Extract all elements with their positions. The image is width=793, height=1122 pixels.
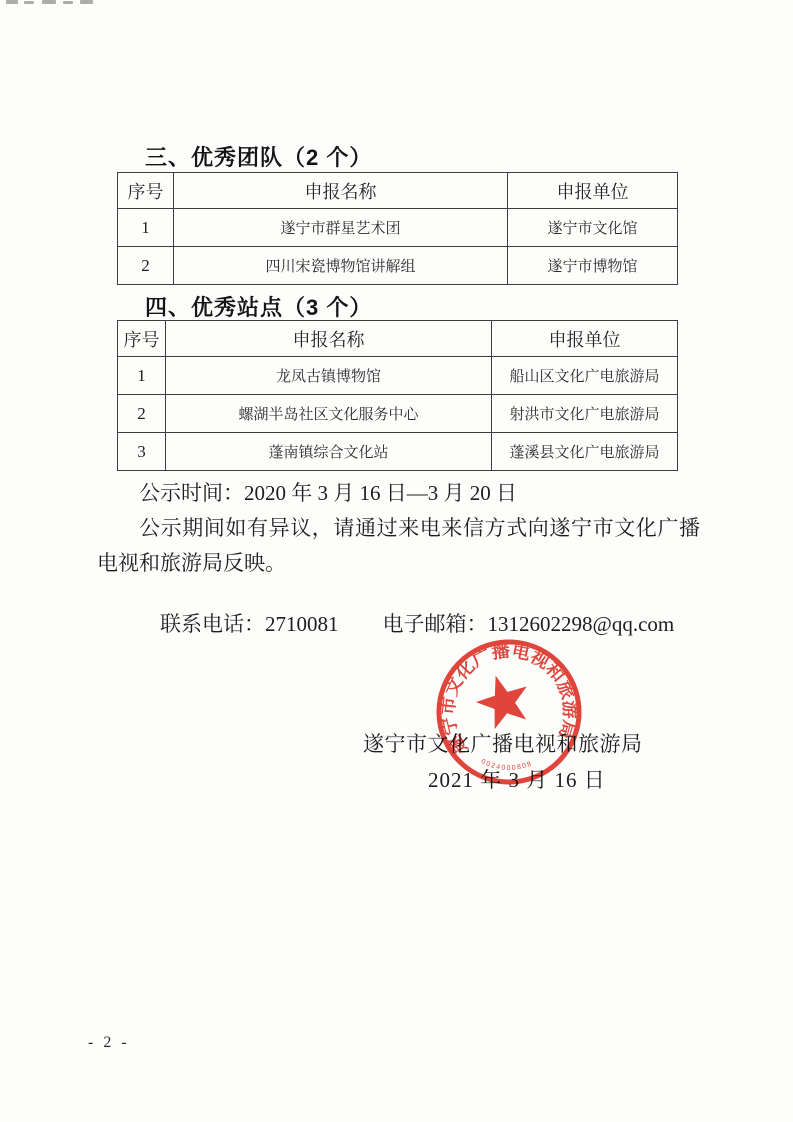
contact-phone-value: 2710081 [265, 612, 339, 636]
table-row: 3蓬南镇综合文化站蓬溪县文化广电旅游局 [118, 433, 678, 471]
contact-phone-label: 联系电话： [160, 612, 265, 636]
row-index-cell: 1 [118, 357, 166, 395]
table-header-row: 序号申报名称申报单位 [118, 173, 678, 209]
signature-organization: 遂宁市文化广播电视和旅游局 [363, 728, 643, 758]
column-header: 申报名称 [166, 321, 492, 357]
header-row: 序号申报名称申报单位 [118, 173, 678, 209]
column-header: 申报名称 [174, 173, 508, 209]
application-unit-cell: 遂宁市文化馆 [508, 209, 678, 247]
excellent-teams-table: 序号申报名称申报单位 1遂宁市群星艺术团遂宁市文化馆2四川宋瓷博物馆讲解组遂宁市… [117, 172, 678, 285]
table-row: 1龙凤古镇博物馆船山区文化广电旅游局 [118, 357, 678, 395]
application-name-cell: 龙凤古镇博物馆 [166, 357, 492, 395]
section-heading-excellent-stations: 四、优秀站点（3 个） [145, 291, 372, 322]
signature-date: 2021 年 3 月 16 日 [428, 764, 606, 794]
column-header: 申报单位 [508, 173, 678, 209]
email-value: 1312602298@qq.com [488, 612, 675, 636]
objection-paragraph-line-2: 电视和旅游局反映。 [97, 547, 286, 577]
column-header: 序号 [118, 173, 174, 209]
table-header-row: 序号申报名称申报单位 [118, 321, 678, 357]
scan-artifact [80, 0, 93, 4]
table-row: 2四川宋瓷博物馆讲解组遂宁市博物馆 [118, 247, 678, 285]
column-header: 序号 [118, 321, 166, 357]
table-body: 1龙凤古镇博物馆船山区文化广电旅游局2螺湖半岛社区文化服务中心射洪市文化广电旅游… [118, 357, 678, 471]
row-index-cell: 3 [118, 433, 166, 471]
section-heading-excellent-teams: 三、优秀团队（2 个） [145, 141, 372, 172]
scan-artifact [6, 0, 18, 4]
excellent-stations-table: 序号申报名称申报单位 1龙凤古镇博物馆船山区文化广电旅游局2螺湖半岛社区文化服务… [117, 320, 678, 471]
row-index-cell: 2 [118, 395, 166, 433]
application-name-cell: 四川宋瓷博物馆讲解组 [174, 247, 508, 285]
application-name-cell: 遂宁市群星艺术团 [174, 209, 508, 247]
page-number: - 2 - [88, 1034, 130, 1052]
row-index-cell: 2 [118, 247, 174, 285]
column-header: 申报单位 [492, 321, 678, 357]
table-row: 2螺湖半岛社区文化服务中心射洪市文化广电旅游局 [118, 395, 678, 433]
application-unit-cell: 蓬溪县文化广电旅游局 [492, 433, 678, 471]
scan-artifact [24, 1, 34, 4]
objection-paragraph-line-1: 公示期间如有异议，请通过来电来信方式向遂宁市文化广播 [139, 512, 701, 542]
contact-line: 联系电话：2710081电子邮箱：1312602298@qq.com [139, 583, 674, 663]
table-body: 1遂宁市群星艺术团遂宁市文化馆2四川宋瓷博物馆讲解组遂宁市博物馆 [118, 209, 678, 285]
application-unit-cell: 船山区文化广电旅游局 [492, 357, 678, 395]
scan-artifact [63, 1, 73, 4]
application-unit-cell: 射洪市文化广电旅游局 [492, 395, 678, 433]
email-label: 电子邮箱： [383, 612, 488, 636]
seal-star-icon [470, 668, 536, 732]
row-index-cell: 1 [118, 209, 174, 247]
table-row: 1遂宁市群星艺术团遂宁市文化馆 [118, 209, 678, 247]
document-page: 三、优秀团队（2 个） 序号申报名称申报单位 1遂宁市群星艺术团遂宁市文化馆2四… [0, 0, 793, 1122]
application-unit-cell: 遂宁市博物馆 [508, 247, 678, 285]
publicity-time-line: 公示时间：2020 年 3 月 16 日—3 月 20 日 [139, 477, 517, 507]
scan-artifact [42, 0, 56, 4]
application-name-cell: 蓬南镇综合文化站 [166, 433, 492, 471]
application-name-cell: 螺湖半岛社区文化服务中心 [166, 395, 492, 433]
header-row: 序号申报名称申报单位 [118, 321, 678, 357]
